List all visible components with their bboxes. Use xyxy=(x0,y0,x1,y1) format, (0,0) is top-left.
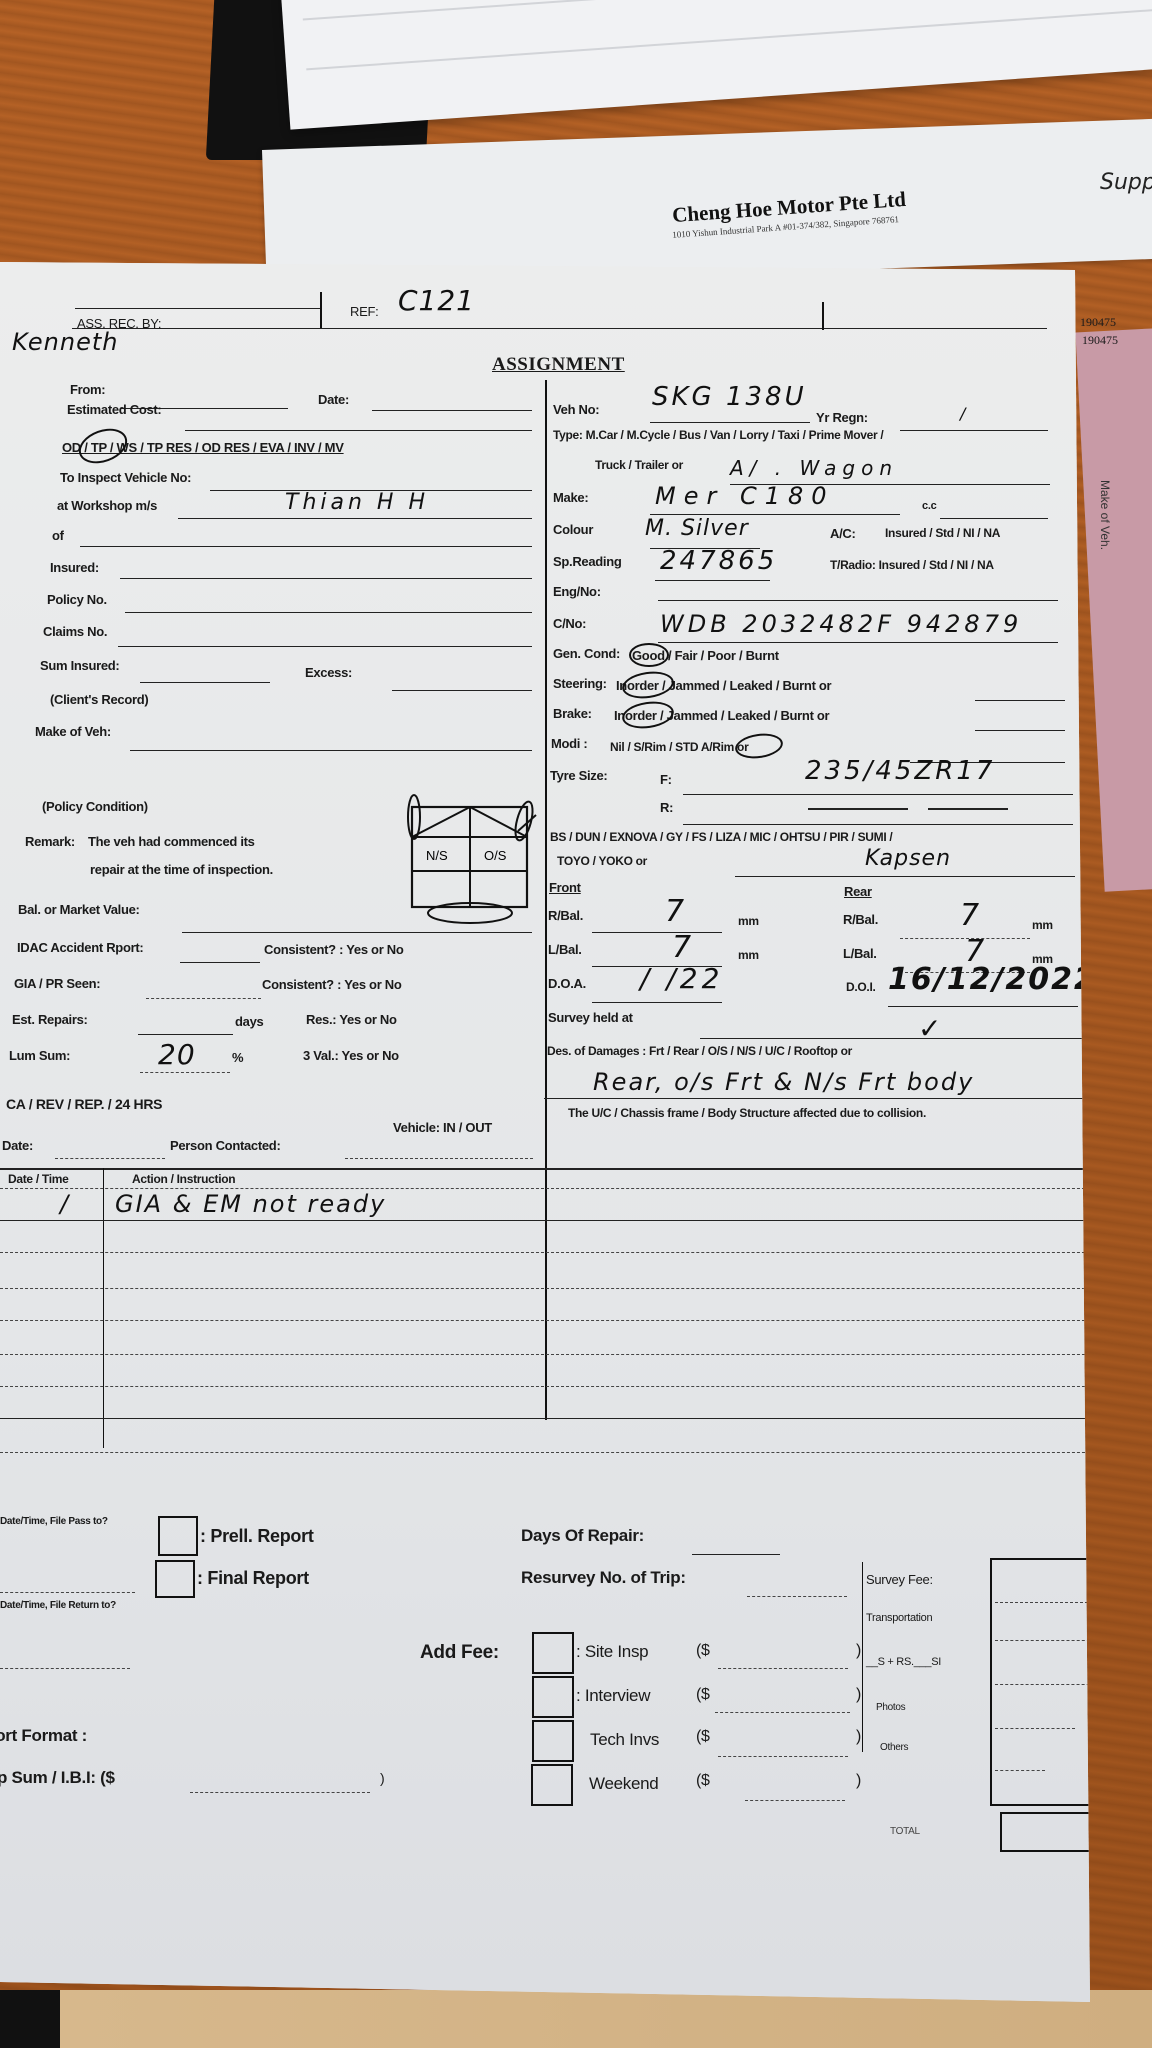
rear-lbal-label: L/Bal. xyxy=(843,946,877,961)
days-of-repair-field[interactable] xyxy=(692,1554,780,1555)
veh-no-value[interactable]: SKG 138U xyxy=(652,382,807,412)
tyre-size-label: Tyre Size: xyxy=(550,768,607,783)
val3-options[interactable]: 3 Val.: Yes or No xyxy=(303,1048,399,1063)
mm-unit: mm xyxy=(738,914,759,928)
colour-value[interactable]: M. Silver xyxy=(645,516,749,541)
make-of-veh-field[interactable] xyxy=(130,750,532,751)
steering-selected-circle xyxy=(620,669,675,702)
log-row-line xyxy=(0,1452,1105,1453)
front-rbal-label: R/Bal. xyxy=(548,908,583,923)
survey-held-label: Survey held at xyxy=(548,1010,633,1025)
lum-sum-value[interactable]: 20 xyxy=(158,1038,196,1071)
fee-line xyxy=(995,1684,1105,1685)
insured-label: Insured: xyxy=(50,560,99,575)
type-other-value[interactable]: A/ . Wagon xyxy=(730,456,898,480)
eng-no-field[interactable] xyxy=(658,600,1058,601)
rear-rbal-value[interactable]: 7 xyxy=(960,898,980,933)
days-label: days xyxy=(235,1014,263,1029)
from-label: From: xyxy=(70,382,105,397)
dollar-open: ($ xyxy=(696,1686,710,1704)
uc-chassis-options[interactable]: The U/C / Chassis frame / Body Structure… xyxy=(568,1106,926,1120)
prelim-report-checkbox[interactable] xyxy=(158,1516,198,1556)
idac-label: IDAC Accident Rport: xyxy=(17,940,143,955)
tyre-r-field[interactable] xyxy=(683,824,1073,825)
svg-text:O/S: O/S xyxy=(484,848,507,863)
header-divider xyxy=(320,292,322,328)
estimated-cost-label: Estimated Cost: xyxy=(67,402,161,417)
date-label: Date: xyxy=(318,392,349,407)
of-label: of xyxy=(52,528,64,543)
interview-label: : Interview xyxy=(576,1686,650,1706)
claims-no-field[interactable] xyxy=(118,646,532,647)
site-insp-amount-field[interactable] xyxy=(718,1668,848,1669)
tech-invs-label: Tech Invs xyxy=(590,1730,659,1750)
dollar-open: ($ xyxy=(696,1642,710,1660)
center-divider xyxy=(545,380,547,1420)
inspect-vehicle-label: To Inspect Vehicle No: xyxy=(60,470,191,485)
make-value[interactable]: Mer C180 xyxy=(655,482,835,510)
close-paren: ) xyxy=(380,1770,384,1786)
bal-market-label: Bal. or Market Value: xyxy=(18,902,140,917)
assignment-form: ASS. REC. BY: REF: C121 Kenneth ASSIGNME… xyxy=(0,262,1090,2002)
brake-selected-circle xyxy=(620,699,675,732)
remark-line2: repair at the time of inspection. xyxy=(90,862,273,877)
workshop-field[interactable] xyxy=(178,518,532,519)
log-row-line xyxy=(0,1188,1105,1189)
c-no-value[interactable]: WDB 2032482F 942879 xyxy=(660,610,1022,638)
doi-label: D.O.I. xyxy=(846,980,876,994)
survey-held-tick[interactable]: ✓ xyxy=(918,1012,942,1045)
total-box[interactable] xyxy=(1000,1812,1130,1852)
pink-document xyxy=(1075,328,1152,891)
log-action-header: Action / Instruction xyxy=(132,1172,235,1186)
form-title: ASSIGNMENT xyxy=(492,354,625,376)
percent-sign: % xyxy=(232,1050,243,1065)
remark-line1: The veh had commenced its xyxy=(88,834,255,849)
ass-rec-by-value[interactable]: Kenneth xyxy=(12,328,118,356)
of-field[interactable] xyxy=(80,546,532,547)
sum-insured-label: Sum Insured: xyxy=(40,658,119,673)
ref-value[interactable]: C121 xyxy=(398,284,475,317)
prelim-report-label: : Prell. Report xyxy=(200,1526,314,1547)
lump-sum-ibi-field[interactable] xyxy=(190,1792,370,1793)
front-lbal-value[interactable]: 7 xyxy=(672,930,692,965)
excess-label: Excess: xyxy=(305,665,352,680)
close-paren: ) xyxy=(856,1772,861,1790)
veh-no-label: Veh No: xyxy=(553,402,599,417)
header-line xyxy=(72,328,1047,329)
resurvey-trip-field[interactable] xyxy=(747,1596,847,1597)
tyre-f-value[interactable]: 235/45ZR17 xyxy=(805,756,995,786)
cc-field[interactable] xyxy=(940,518,1048,519)
fee-line xyxy=(995,1640,1095,1641)
letterhead-handwriting: Supp xyxy=(1100,170,1152,195)
yr-regn-value[interactable]: / xyxy=(960,404,966,423)
steering-other-field[interactable] xyxy=(975,700,1065,701)
eng-no-label: Eng/No: xyxy=(553,584,601,599)
modi-label: Modi : xyxy=(551,736,587,751)
dollar-open: ($ xyxy=(696,1772,710,1790)
lump-sum-ibi-label: Lump Sum / I.B.I: ($ xyxy=(0,1768,115,1788)
make-label: Make: xyxy=(553,490,588,505)
paper-stack xyxy=(280,0,1152,130)
lum-sum-label: Lum Sum: xyxy=(9,1048,70,1063)
side-number: 190475 xyxy=(1080,315,1116,330)
photos-label: Photos xyxy=(876,1702,905,1713)
gen-cond-label: Gen. Cond: xyxy=(553,646,620,661)
idac-field[interactable] xyxy=(180,962,260,963)
file-return-label: Date/Time, File Return to? xyxy=(0,1600,116,1611)
interview-amount-field[interactable] xyxy=(715,1712,850,1713)
colour-label: Colour xyxy=(553,522,593,537)
ca-rev-options[interactable]: CA / REV / REP. / 24 HRS xyxy=(6,1096,162,1112)
tyre-f-label: F: xyxy=(660,772,672,787)
file-pass-label: Date/Time, File Pass to? xyxy=(0,1516,108,1527)
workshop-label: at Workshop m/s xyxy=(57,498,157,513)
tyre-f-field[interactable] xyxy=(683,794,1073,795)
log-row-line xyxy=(0,1386,1105,1387)
close-paren: ) xyxy=(856,1686,861,1704)
des-damages-options[interactable]: Des. of Damages : Frt / Rear / O/S / N/S… xyxy=(547,1044,852,1058)
remark-label: Remark: xyxy=(25,834,75,849)
vehicle-in-out[interactable]: Vehicle: IN / OUT xyxy=(393,1120,492,1135)
final-report-checkbox[interactable] xyxy=(155,1560,195,1598)
claim-type-selected-circle xyxy=(74,422,132,469)
fee-divider xyxy=(862,1562,863,1752)
log-row-line xyxy=(0,1252,1105,1253)
tyre-brand-field[interactable] xyxy=(735,876,1075,877)
close-paren: ) xyxy=(856,1728,861,1746)
log-row-action[interactable]: GIA & EM not ready xyxy=(115,1190,386,1218)
des-damages-value[interactable]: Rear, o/s Frt & N/s Frt body xyxy=(593,1068,974,1096)
front-rbal-value[interactable]: 7 xyxy=(665,894,685,929)
tyre-brands-line2[interactable]: TOYO / YOKO or xyxy=(557,854,647,868)
clients-record-label: (Client's Record) xyxy=(50,692,148,707)
tyre-brands-line1[interactable]: BS / DUN / EXNOVA / GY / FS / LIZA / MIC… xyxy=(550,830,892,844)
front-label: Front xyxy=(549,880,581,895)
weekend-amount-field[interactable] xyxy=(745,1800,845,1801)
days-of-repair-label: Days Of Repair: xyxy=(521,1526,644,1546)
resurvey-trip-label: Resurvey No. of Trip: xyxy=(521,1568,686,1588)
tyre-r-label: R: xyxy=(660,800,673,815)
type-line2[interactable]: Truck / Trailer or xyxy=(595,458,683,472)
survey-held-field[interactable] xyxy=(700,1038,1108,1039)
tech-invs-checkbox[interactable] xyxy=(532,1720,574,1762)
doi-value[interactable]: 16/12/2022 xyxy=(888,962,1097,997)
insured-field[interactable] xyxy=(120,578,532,579)
log-row-line xyxy=(0,1320,1105,1321)
veh-no-field[interactable] xyxy=(650,422,810,423)
rear-label: Rear xyxy=(844,884,872,899)
front-rbal-field[interactable] xyxy=(592,932,722,933)
excess-field[interactable] xyxy=(392,690,532,691)
mm-unit: mm xyxy=(738,948,759,962)
est-repairs-field[interactable] xyxy=(138,1034,233,1035)
report-format-label: Report Format : xyxy=(0,1726,87,1746)
fee-line xyxy=(995,1728,1075,1729)
des-damages-field[interactable] xyxy=(544,1098,1130,1099)
modi-selected-circle xyxy=(734,731,785,761)
date2-label: Date: xyxy=(2,1138,33,1153)
claims-no-label: Claims No. xyxy=(43,624,107,639)
survey-fee-label: Survey Fee: xyxy=(866,1572,933,1587)
pink-doc-label: Make of Veh. xyxy=(1098,480,1112,550)
policy-no-field[interactable] xyxy=(125,612,532,613)
log-row-line xyxy=(0,1288,1105,1289)
policy-no-label: Policy No. xyxy=(47,592,107,607)
tyre-r-ditto-mark xyxy=(808,808,908,810)
add-fee-label: Add Fee: xyxy=(420,1642,499,1664)
ref-label: REF: xyxy=(350,304,378,319)
c-no-label: C/No: xyxy=(553,616,586,631)
side-number: 190475 xyxy=(1082,333,1118,348)
interview-checkbox[interactable] xyxy=(532,1676,574,1718)
fee-line xyxy=(995,1770,1045,1771)
doi-field[interactable] xyxy=(888,1006,1078,1007)
file-return-field[interactable] xyxy=(0,1668,130,1669)
brake-label: Brake: xyxy=(553,706,592,721)
file-pass-field[interactable] xyxy=(0,1592,135,1593)
sp-reading-field[interactable] xyxy=(655,580,770,581)
tech-invs-amount-field[interactable] xyxy=(718,1756,848,1757)
mm-unit: mm xyxy=(1032,918,1053,932)
weekend-checkbox[interactable] xyxy=(531,1764,573,1806)
person-contacted-label: Person Contacted: xyxy=(170,1138,280,1153)
weekend-label: Weekend xyxy=(589,1774,658,1794)
gia-field[interactable] xyxy=(146,998,261,999)
yr-regn-label: Yr Regn: xyxy=(816,410,868,425)
bal-market-field[interactable] xyxy=(182,932,532,933)
make-of-veh-label: Make of Veh: xyxy=(35,724,111,739)
site-insp-label: : Site Insp xyxy=(576,1642,648,1662)
type-options[interactable]: Type: M.Car / M.Cycle / Bus / Van / Lorr… xyxy=(553,428,883,442)
policy-condition-label: (Policy Condition) xyxy=(42,799,148,814)
date2-field[interactable] xyxy=(55,1158,165,1159)
tyre-r-ditto-mark xyxy=(928,808,1008,810)
sum-insured-field[interactable] xyxy=(140,682,270,683)
ac-options[interactable]: Insured / Std / NI / NA xyxy=(885,526,1000,540)
yr-regn-field[interactable] xyxy=(900,430,1048,431)
rear-rbal-label: R/Bal. xyxy=(843,912,878,927)
brake-other-field[interactable] xyxy=(975,730,1065,731)
fee-breakdown-box[interactable] xyxy=(990,1558,1128,1806)
ass-rec-top-line xyxy=(75,308,320,309)
workshop-value[interactable]: Thian H H xyxy=(285,490,429,515)
tyre-brand-value[interactable]: Kapsen xyxy=(865,846,951,871)
consistent-1[interactable]: Consistent? : Yes or No xyxy=(264,942,404,957)
date-field[interactable] xyxy=(372,410,532,411)
res-options[interactable]: Res.: Yes or No xyxy=(306,1012,397,1027)
svg-text:N/S: N/S xyxy=(426,848,448,863)
close-paren: ) xyxy=(856,1642,861,1660)
person-contacted-field[interactable] xyxy=(345,1158,533,1159)
log-row-line xyxy=(0,1418,1105,1419)
log-top-line xyxy=(0,1168,1105,1170)
log-row-line xyxy=(0,1354,1105,1355)
log-row-line xyxy=(0,1220,1105,1221)
final-report-label: : Final Report xyxy=(197,1568,309,1589)
tradio-options[interactable]: T/Radio: Insured / Std / NI / NA xyxy=(830,558,994,572)
log-column-divider xyxy=(103,1168,104,1448)
sp-reading-label: Sp.Reading xyxy=(553,554,622,569)
total-label: TOTAL xyxy=(890,1826,920,1837)
log-date-header: Date / Time xyxy=(8,1172,69,1186)
consistent-2[interactable]: Consistent? : Yes or No xyxy=(262,977,402,992)
others-label: Others xyxy=(880,1742,908,1753)
c-no-field[interactable] xyxy=(658,642,1058,643)
steering-label: Steering: xyxy=(553,676,607,691)
fee-line xyxy=(995,1602,1123,1603)
cc-label: c.c xyxy=(922,500,936,512)
doa-field[interactable] xyxy=(592,1002,722,1003)
gia-label: GIA / PR Seen: xyxy=(14,976,100,991)
dollar-open: ($ xyxy=(696,1728,710,1746)
header-divider-right xyxy=(822,302,824,330)
estimated-cost-field[interactable] xyxy=(185,430,532,431)
log-row-date[interactable]: / xyxy=(60,1190,69,1218)
front-lbal-label: L/Bal. xyxy=(548,942,582,957)
gen-cond-selected-circle xyxy=(629,643,669,667)
modi-options[interactable]: Nil / S/Rim / STD A/Rim or xyxy=(610,740,748,754)
make-field[interactable] xyxy=(650,514,900,515)
lum-sum-field[interactable] xyxy=(140,1072,230,1073)
doa-label: D.O.A. xyxy=(548,976,586,991)
transportation-label: Transportation xyxy=(866,1612,932,1624)
est-repairs-label: Est. Repairs: xyxy=(12,1012,88,1027)
rs-line-label: __S + RS.___SI xyxy=(866,1656,941,1668)
ac-label: A/C: xyxy=(830,526,856,541)
sp-reading-value[interactable]: 247865 xyxy=(660,546,777,576)
doa-value[interactable]: / /22 xyxy=(640,962,723,995)
site-insp-checkbox[interactable] xyxy=(532,1632,574,1674)
car-damage-diagram-icon[interactable]: N/S O/S xyxy=(400,787,540,927)
